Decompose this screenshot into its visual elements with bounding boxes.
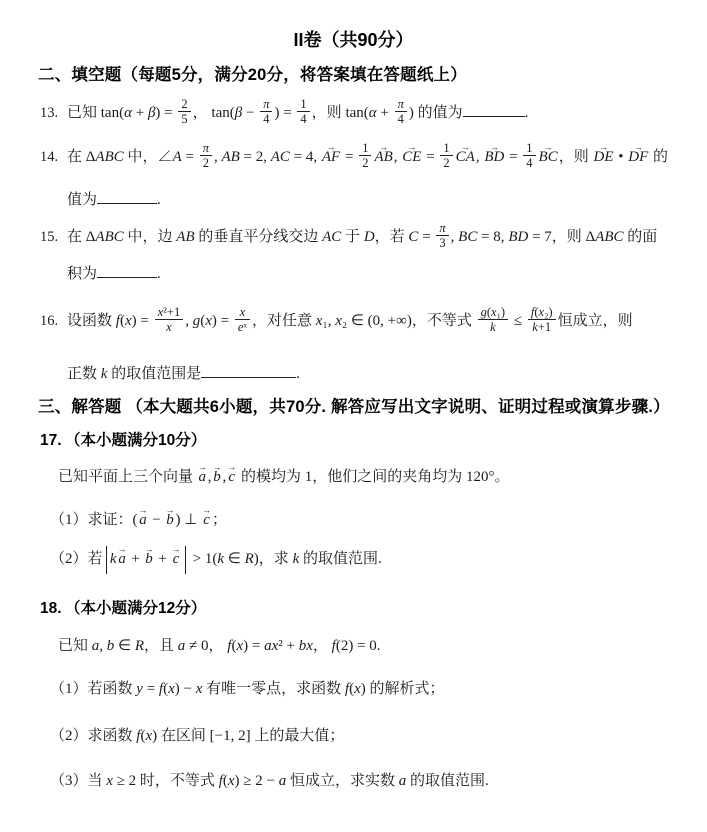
fraction-denominator: eˣ xyxy=(235,320,250,334)
fraction-numerator: 1 xyxy=(297,97,309,112)
fraction-numerator: π xyxy=(395,97,407,112)
fraction: g(x₁)k xyxy=(478,305,509,335)
question-15-text-cont: 积为. xyxy=(67,266,161,282)
question-16-line2: 正数 k 的取值范围是. xyxy=(67,363,300,384)
fraction-numerator: 1 xyxy=(359,141,371,156)
question-18-intro-text: 已知 a, b ∈ R，且 a ≠ 0， f(x) = ax² + bx， f(… xyxy=(58,638,381,654)
fraction-numerator: 1 xyxy=(440,141,452,156)
question-18-points: （本小题满分12分） xyxy=(65,600,206,617)
question-17-intro-text: 已知平面上三个向量 →a,→b,→c 的模均为 1，他们之间的夹角均为 120°… xyxy=(58,469,510,485)
fraction-denominator: 4 xyxy=(297,112,309,126)
fraction-numerator: 2 xyxy=(178,97,190,112)
question-14-text-cont: 值为. xyxy=(67,192,161,208)
fraction: π3 xyxy=(436,221,448,251)
vector: →AB xyxy=(374,144,392,166)
vector: →CE xyxy=(402,144,421,166)
question-18-part3-text: （3）当 x ≥ 2 时，不等式 f(x) ≥ 2 − a 恒成立，求实数 a … xyxy=(50,773,489,789)
question-17-number: 17. xyxy=(40,431,62,452)
fraction-denominator: 3 xyxy=(436,236,448,250)
fraction: xeˣ xyxy=(235,305,250,335)
exam-page: II卷（共90分） 二、填空题（每题5分，满分20分，将答案填在答题纸上） 13… xyxy=(0,0,707,832)
vector: →c xyxy=(202,507,211,529)
question-15-line2: 积为. xyxy=(67,263,161,284)
fraction: π4 xyxy=(395,97,407,127)
fraction-numerator: x xyxy=(235,305,250,320)
question-14-line1: 14.在 ΔABC 中，∠A = π2, AB = 2, AC = 4, →AF… xyxy=(40,143,668,173)
vector: →a xyxy=(198,464,207,486)
fraction: 14 xyxy=(523,141,535,171)
answer-blank xyxy=(97,263,157,278)
vector: →a xyxy=(118,546,127,568)
fraction-numerator: x²+1 xyxy=(155,305,184,320)
fraction-numerator: 1 xyxy=(523,141,535,156)
question-18-header: 18.（本小题满分12分） xyxy=(40,599,206,620)
fraction-numerator: π xyxy=(436,221,448,236)
fraction: π2 xyxy=(200,141,212,171)
fraction-numerator: f(x₂) xyxy=(528,305,556,320)
vector: →DE xyxy=(593,144,613,166)
fraction: x²+1x xyxy=(155,305,184,335)
vector: →AF xyxy=(322,144,340,166)
question-17-part2-text: （2）若k→a + →b + →c > 1(k ∈ R)，求 k 的取值范围. xyxy=(50,551,382,567)
question-16-text: 设函数 f(x) = x²+1x, g(x) = xeˣ，对任意 x₁, x₂ … xyxy=(67,313,633,329)
fraction: 25 xyxy=(178,97,190,127)
question-15-number: 15. xyxy=(40,228,67,248)
question-16-text-cont: 正数 k 的取值范围是. xyxy=(67,366,300,382)
fraction-denominator: x xyxy=(155,320,184,334)
section3-header: 三、解答题 （本大题共6小题，共70分. 解答应写出文字说明、证明过程或演算步骤… xyxy=(38,396,670,418)
question-17-part1-text: （1）求证：(→a − →b) ⊥ →c； xyxy=(50,512,227,528)
fraction-denominator: k xyxy=(478,320,509,334)
question-18-part2: （2）求函数 f(x) 在区间 [−1, 2] 上的最大值； xyxy=(50,726,344,746)
fraction-denominator: k+1 xyxy=(528,320,556,334)
question-17-points: （本小题满分10分） xyxy=(65,432,206,449)
fraction-numerator: π xyxy=(260,97,272,112)
fraction-denominator: 2 xyxy=(440,156,452,170)
question-18-part3: （3）当 x ≥ 2 时，不等式 f(x) ≥ 2 − a 恒成立，求实数 a … xyxy=(50,771,489,791)
question-13-number: 13. xyxy=(40,104,67,124)
question-16-number: 16. xyxy=(40,312,67,332)
vector: →BC xyxy=(539,144,558,166)
vector: →DF xyxy=(628,144,648,166)
question-17-part1: （1）求证：(→a − →b) ⊥ →c； xyxy=(50,507,227,530)
vector: →CA xyxy=(456,144,475,166)
question-18-part1-text: （1）若函数 y = f(x) − x 有唯一零点，求函数 f(x) 的解析式； xyxy=(50,681,445,697)
question-17-header: 17.（本小题满分10分） xyxy=(40,431,206,452)
vector: →b xyxy=(145,546,154,568)
question-14-number: 14. xyxy=(40,148,67,168)
vector: →a xyxy=(139,507,148,529)
fraction-denominator: 4 xyxy=(260,112,272,126)
vector: →c xyxy=(227,464,236,486)
vector: →b xyxy=(213,464,222,486)
question-14-line2: 值为. xyxy=(67,189,161,210)
answer-blank xyxy=(463,102,525,117)
question-18-part2-text: （2）求函数 f(x) 在区间 [−1, 2] 上的最大值； xyxy=(50,728,344,744)
section2-header: 二、填空题（每题5分，满分20分，将答案填在答题纸上） xyxy=(38,64,467,86)
page-title: II卷（共90分） xyxy=(0,26,707,52)
fraction-numerator: g(x₁) xyxy=(478,305,509,320)
question-15-text: 在 ΔABC 中，边 AB 的垂直平分线交边 AC 于 D，若 C = π3, … xyxy=(67,229,657,245)
fraction-denominator: 2 xyxy=(200,156,212,170)
abs-bar xyxy=(106,546,107,574)
fraction-denominator: 5 xyxy=(178,112,190,126)
question-16-line1: 16.设函数 f(x) = x²+1x, g(x) = xeˣ，对任意 x₁, … xyxy=(40,307,633,337)
answer-blank xyxy=(201,363,296,378)
question-14-text: 在 ΔABC 中，∠A = π2, AB = 2, AC = 4, →AF = … xyxy=(67,149,668,165)
question-15-line1: 15.在 ΔABC 中，边 AB 的垂直平分线交边 AC 于 D，若 C = π… xyxy=(40,223,657,253)
fraction-denominator: 4 xyxy=(523,156,535,170)
fraction: f(x₂)k+1 xyxy=(528,305,556,335)
fraction-denominator: 4 xyxy=(395,112,407,126)
question-18-number: 18. xyxy=(40,599,62,620)
abs-bar xyxy=(185,546,186,574)
fraction: 12 xyxy=(359,141,371,171)
fraction: π4 xyxy=(260,97,272,127)
question-17-intro: 已知平面上三个向量 →a,→b,→c 的模均为 1，他们之间的夹角均为 120°… xyxy=(58,464,510,487)
vector: →c xyxy=(172,546,181,568)
question-17-part2: （2）若k→a + →b + →c > 1(k ∈ R)，求 k 的取值范围. xyxy=(50,546,382,574)
vector: →BD xyxy=(484,144,504,166)
question-13-text: 已知 tan(α + β) = 25， tan(β − π4) = 14，则 t… xyxy=(67,105,528,121)
vector: →b xyxy=(165,507,174,529)
question-18-part1: （1）若函数 y = f(x) − x 有唯一零点，求函数 f(x) 的解析式； xyxy=(50,679,445,699)
fraction-denominator: 2 xyxy=(359,156,371,170)
question-13: 13.已知 tan(α + β) = 25， tan(β − π4) = 14，… xyxy=(40,99,528,129)
answer-blank xyxy=(97,189,157,204)
fraction-numerator: π xyxy=(200,141,212,156)
fraction: 14 xyxy=(297,97,309,127)
fraction: 12 xyxy=(440,141,452,171)
question-18-intro: 已知 a, b ∈ R，且 a ≠ 0， f(x) = ax² + bx， f(… xyxy=(58,636,381,656)
